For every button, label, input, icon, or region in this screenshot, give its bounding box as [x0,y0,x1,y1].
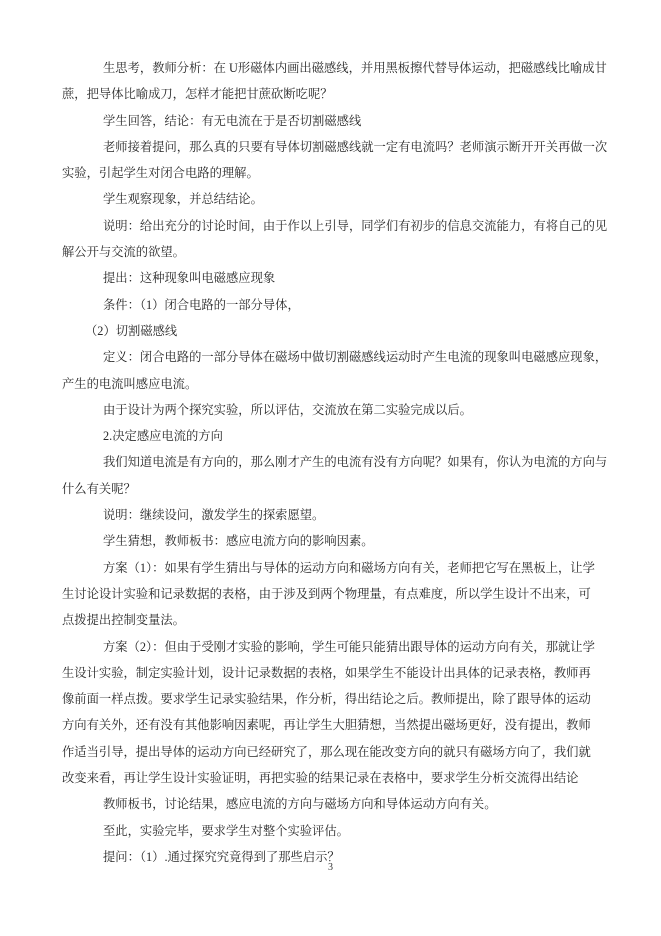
page-number: 3 [0,862,661,873]
text-line: 定义：闭合电路的一部分导体在磁场中做切割磁感线运动时产生电流的现象叫电磁感应现象… [62,344,602,370]
document-page: 生思考，教师分析：在 U形磁体内画出磁感线，并用黑板擦代替导体运动，把磁感线比喻… [0,0,661,936]
text-line: 作适当引导，提出导体的运动方向已经研究了，那么现在能改变方向的就只有磁场方向了，… [62,739,602,765]
text-line: 2.决定感应电流的方向 [62,423,602,449]
text-line: 改变来看，再让学生设计实验证明，再把实验的结果记录在表格中，要求学生分析交流得出… [62,765,602,791]
text-line: 什么有关呢？ [62,476,602,502]
text-line: 方向有关外，还有没有其他影响因素呢，再让学生大胆猜想，当然提出磁场更好，没有提出… [62,712,602,738]
text-line: 方案（1）：如果有学生猜出与导体的运动方向和磁场方向有关，老师把它写在黑板上，让… [62,555,602,581]
text-line: 老师接着提问，那么真的只要有导体切割磁感线就一定有电流吗？老师演示断开开关再做一… [62,134,602,160]
text-line: 至此，实验完毕，要求学生对整个实验评估。 [62,818,602,844]
text-line: 教师板书，讨论结果，感应电流的方向与磁场方向和导体运动方向有关。 [62,791,602,817]
text-line: 方案（2）：但由于受刚才实验的影响，学生可能只能猜出跟导体的运动方向有关，那就让… [62,634,602,660]
text-line: 提出：这种现象叫电磁感应现象 [62,265,602,291]
text-line: 说明：继续设问，激发学生的探索愿望。 [62,502,602,528]
text-line: 由于设计为两个探究实验，所以评估，交流放在第二实验完成以后。 [62,397,602,423]
text-line: 解公开与交流的欲望。 [62,239,602,265]
text-line: 生讨论设计实验和记录数据的表格，由于涉及到两个物理量，有点难度，所以学生设计不出… [62,581,602,607]
text-line: 我们知道电流是有方向的，那么刚才产生的电流有没有方向呢？如果有，你认为电流的方向… [62,449,602,475]
text-line: 像前面一样点拨。要求学生记录实验结果，作分析，得出结论之后。教师提出，除了跟导体… [62,686,602,712]
document-body: 生思考，教师分析：在 U形磁体内画出磁感线，并用黑板擦代替导体运动，把磁感线比喻… [62,55,602,870]
text-line: 条件：（1）闭合电路的一部分导体， [62,292,602,318]
text-line: 学生观察现象，并总结结论。 [62,186,602,212]
text-line: 点拨提出控制变量法。 [62,607,602,633]
text-line: 产生的电流叫感应电流。 [62,371,602,397]
text-line: 说明：给出充分的讨论时间，由于作以上引导，同学们有初步的信息交流能力，有将自己的… [62,213,602,239]
text-line: 蔗，把导体比喻成刀，怎样才能把甘蔗砍断吃呢？ [62,81,602,107]
text-line: 生思考，教师分析：在 U形磁体内画出磁感线，并用黑板擦代替导体运动，把磁感线比喻… [62,55,602,81]
text-line: （2）切割磁感线 [62,318,602,344]
text-line: 学生猜想，教师板书：感应电流方向的影响因素。 [62,528,602,554]
text-line: 学生回答，结论：有无电流在于是否切割磁感线 [62,108,602,134]
text-line: 实验，引起学生对闭合电路的理解。 [62,160,602,186]
text-line: 生设计实验，制定实验计划，设计记录数据的表格，如果学生不能设计出具体的记录表格，… [62,660,602,686]
